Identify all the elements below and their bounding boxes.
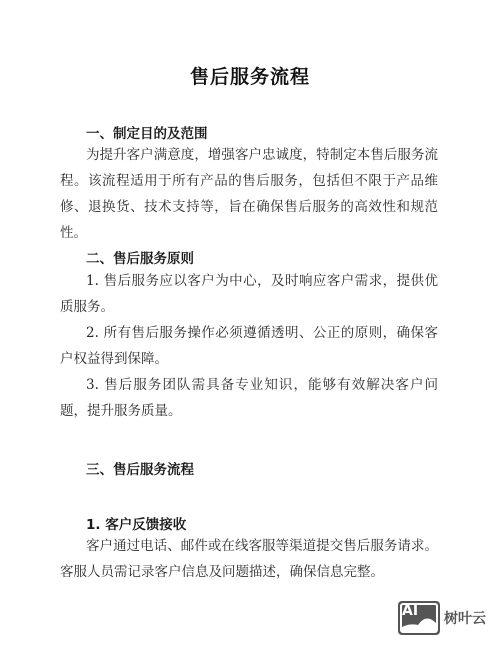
section-heading-process: 三、售后服务流程 xyxy=(86,458,194,478)
paragraph-principle-3: 3. 售后服务团队需具备专业知识，能够有效解决客户问题，提升服务质量。 xyxy=(60,372,438,424)
document-title: 售后服务流程 xyxy=(0,62,500,89)
subsection-heading-feedback: 1. 客户反馈接收 xyxy=(86,513,186,533)
paragraph-principle-2: 2. 所有售后服务操作必须遵循透明、公正的原则，确保客户权益得到保障。 xyxy=(60,320,438,372)
watermark-brand: 树叶云 xyxy=(444,608,486,628)
paragraph-purpose: 为提升客户满意度，增强客户忠诚度，特制定本售后服务流程。该流程适用于所有产品的售… xyxy=(60,142,438,246)
watermark-logo: AI 树叶云 xyxy=(398,601,486,635)
section-heading-purpose: 一、制定目的及范围 xyxy=(86,122,208,142)
ai-image-icon: AI xyxy=(398,601,440,635)
section-heading-principles: 二、售后服务原则 xyxy=(86,247,194,267)
paragraph-principle-1: 1. 售后服务应以客户为中心，及时响应客户需求，提供优质服务。 xyxy=(60,268,438,320)
paragraph-feedback: 客户通过电话、邮件或在线客服等渠道提交售后服务请求。客服人员需记录客户信息及问题… xyxy=(60,533,438,585)
